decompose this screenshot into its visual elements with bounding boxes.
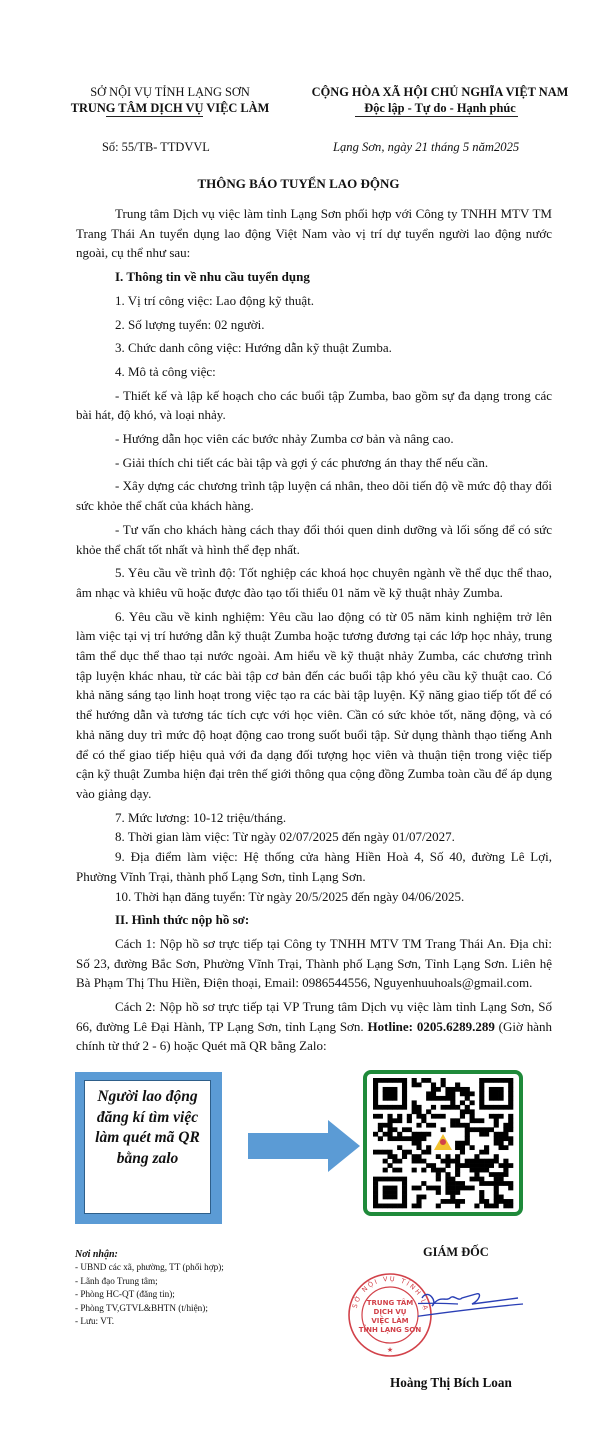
hotline: Hotline: 0205.6289.289 <box>368 1019 495 1034</box>
qr-code-icon <box>367 1074 519 1212</box>
zalo-qr-code[interactable] <box>363 1070 523 1216</box>
item-10: 10. Thời hạn đăng tuyển: Từ ngày 20/5/20… <box>76 887 552 907</box>
recipient-item: - Lưu: VT. <box>75 1315 224 1328</box>
item-7: 7. Mức lương: 10-12 triệu/tháng. <box>76 808 552 828</box>
item-3: 3. Chức danh công việc: Hướng dẫn kỹ thu… <box>76 338 552 358</box>
item-8: 8. Thời gian làm việc: Từ ngày 02/07/202… <box>76 827 552 847</box>
agency-underline <box>106 116 203 117</box>
signature-icon <box>418 1288 528 1328</box>
agency-parent: SỞ NỘI VỤ TỈNH LẠNG SƠN <box>60 84 280 100</box>
duty-3: - Giải thích chi tiết các bài tập và gợi… <box>76 453 552 473</box>
item-4: 4. Mô tả công việc: <box>76 362 552 382</box>
recipients-heading: Nơi nhận: <box>75 1248 224 1261</box>
duty-4: - Xây dựng các chương trình tập luyện cá… <box>76 476 552 515</box>
motto-underline <box>355 116 518 117</box>
item-1: 1. Vị trí công việc: Lao động kỹ thuật. <box>76 291 552 311</box>
recipients-list: Nơi nhận: - UBND các xã, phường, TT (phố… <box>75 1248 224 1328</box>
signer-name: Hoàng Thị Bích Loan <box>390 1375 512 1391</box>
nation-motto: Độc lập - Tự do - Hạnh phúc <box>290 100 590 116</box>
nation-header: CỘNG HÒA XÃ HỘI CHỦ NGHĨA VIỆT NAM Độc l… <box>290 84 590 116</box>
duty-5: - Tư vấn cho khách hàng cách thay đổi th… <box>76 520 552 559</box>
recipient-item: - Lãnh đạo Trung tâm; <box>75 1275 224 1288</box>
recipient-item: - Phòng HC-QT (đăng tin); <box>75 1288 224 1301</box>
recipient-item: - Phòng TV,GTVL&BHTN (t/hiện); <box>75 1302 224 1315</box>
agency-header: SỞ NỘI VỤ TỈNH LẠNG SƠN TRUNG TÂM DỊCH V… <box>60 84 280 116</box>
item-6: 6. Yêu cầu về kinh nghiệm: Yêu cầu lao đ… <box>76 607 552 804</box>
svg-text:★: ★ <box>387 1346 393 1354</box>
duty-2: - Hướng dẫn học viên các bước nhảy Zumba… <box>76 429 552 449</box>
signer-position: GIÁM ĐỐC <box>423 1245 489 1260</box>
svg-text:TRUNG TÂM: TRUNG TÂM <box>367 1298 414 1307</box>
qr-callout-text: Người lao động đăng kí tìm việc làm quét… <box>84 1080 211 1214</box>
svg-text:DỊCH VỤ: DỊCH VỤ <box>374 1308 407 1316</box>
item-9: 9. Địa điểm làm việc: Hệ thống cửa hàng … <box>76 847 552 886</box>
arrow-right-icon <box>248 1120 360 1172</box>
svg-text:VIỆC LÀM: VIỆC LÀM <box>371 1316 408 1325</box>
section-1-heading: I. Thông tin về nhu cầu tuyển dụng <box>76 267 552 287</box>
recipient-item: - UBND các xã, phường, TT (phối hợp); <box>75 1261 224 1274</box>
method-1: Cách 1: Nộp hồ sơ trực tiếp tại Công ty … <box>76 934 552 993</box>
svg-text:TỈNH LẠNG SƠN: TỈNH LẠNG SƠN <box>359 1324 422 1334</box>
item-5: 5. Yêu cầu về trình độ: Tốt nghiệp các k… <box>76 563 552 602</box>
document-body: Trung tâm Dịch vụ việc làm tỉnh Lạng Sơn… <box>76 204 552 1060</box>
place-date: Lạng Sơn, ngày 21 tháng 5 năm2025 <box>333 140 519 155</box>
duty-1: - Thiết kế và lập kế hoạch cho các buổi … <box>76 386 552 425</box>
document-title: THÔNG BÁO TUYỂN LAO ĐỘNG <box>0 176 597 192</box>
qr-callout-box: Người lao động đăng kí tìm việc làm quét… <box>75 1072 222 1224</box>
agency-name: TRUNG TÂM DỊCH VỤ VIỆC LÀM <box>60 100 280 116</box>
intro-paragraph: Trung tâm Dịch vụ việc làm tỉnh Lạng Sơn… <box>76 204 552 263</box>
doc-number: Số: 55/TB- TTDVVL <box>102 140 210 155</box>
section-2-heading: II. Hình thức nộp hồ sơ: <box>76 910 552 930</box>
nation-name: CỘNG HÒA XÃ HỘI CHỦ NGHĨA VIỆT NAM <box>290 84 590 100</box>
method-2: Cách 2: Nộp hồ sơ trực tiếp tại VP Trung… <box>76 997 552 1056</box>
item-2: 2. Số lượng tuyển: 02 người. <box>76 315 552 335</box>
